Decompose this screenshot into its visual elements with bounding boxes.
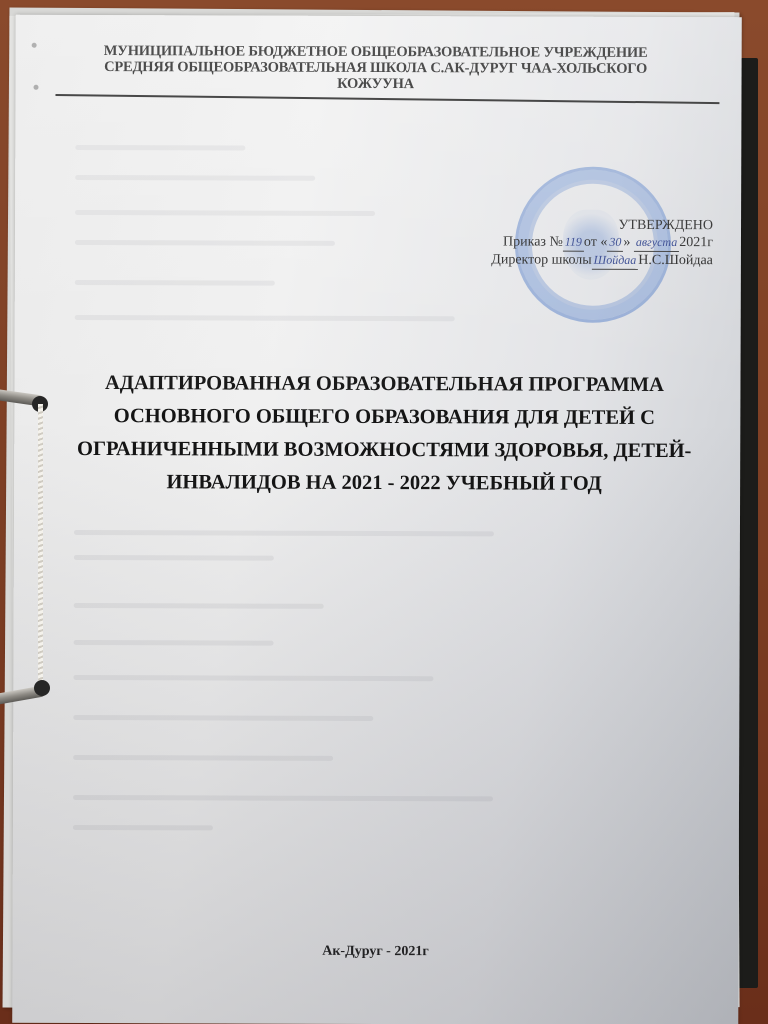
order-number: 119 [563, 234, 584, 252]
bleed-through-text [75, 210, 375, 216]
bleed-through-text [73, 825, 213, 830]
director-label: Директор школы [491, 252, 591, 267]
bleed-through-text [73, 675, 433, 681]
director-line: Директор школыШойдааН.С.Шойдаа [491, 251, 713, 270]
program-title: АДАПТИРОВАННАЯ ОБРАЗОВАТЕЛЬНАЯ ПРОГРАММА… [64, 367, 704, 501]
header-divider [55, 94, 719, 104]
bleed-through-text [74, 640, 274, 646]
document-page: МУНИЦИПАЛЬНОЕ БЮДЖЕТНОЕ ОБЩЕОБРАЗОВАТЕЛЬ… [12, 15, 742, 1024]
bleed-through-text [75, 145, 245, 151]
order-prefix: Приказ № [503, 234, 563, 249]
bleed-through-text [74, 530, 494, 536]
bleed-through-text [75, 240, 335, 246]
bleed-through-text [74, 603, 324, 609]
ring-clip-bottom [34, 680, 50, 696]
bleed-through-text [75, 315, 455, 321]
order-from: от « [584, 235, 607, 250]
bleed-through-text [75, 280, 275, 286]
title-line-3: ОГРАНИЧЕННЫМИ ВОЗМОЖНОСТЯМИ ЗДОРОВЬЯ, ДЕ… [64, 433, 704, 468]
order-day: 30 [607, 234, 623, 252]
header-line-3: КОЖУУНА [85, 75, 665, 93]
title-line-2: ОСНОВНОГО ОБЩЕГО ОБРАЗОВАНИЯ ДЛЯ ДЕТЕЙ С [64, 400, 704, 435]
lighting-overlay [12, 15, 742, 1024]
bleed-through-text [73, 715, 373, 721]
place-and-year: Ак-Дуруг - 2021г [12, 943, 738, 962]
director-name: Н.С.Шойдаа [638, 253, 713, 268]
bleed-through-text [73, 755, 333, 761]
order-line: Приказ №119от «30» августа2021г [491, 233, 713, 252]
approval-block: УТВЕРЖДЕНО Приказ №119от «30» августа202… [491, 216, 713, 270]
header-line-2: СРЕДНЯЯ ОБЩЕОБРАЗОВАТЕЛЬНАЯ ШКОЛА С.АК-Д… [86, 59, 666, 77]
bleed-through-text [73, 795, 493, 801]
bleed-through-text [74, 555, 274, 561]
director-signature: Шойдаа [592, 252, 639, 270]
punch-hole [32, 43, 37, 48]
order-quote: » [623, 235, 630, 250]
bleed-through-text [75, 175, 315, 181]
punch-hole [33, 85, 38, 90]
approval-label: УТВЕРЖДЕНО [491, 216, 713, 234]
title-line-4: ИНВАЛИДОВ НА 2021 - 2022 УЧЕБНЫЙ ГОД [64, 466, 704, 501]
school-header: МУНИЦИПАЛЬНОЕ БЮДЖЕТНОЕ ОБЩЕОБРАЗОВАТЕЛЬ… [85, 43, 665, 93]
title-line-1: АДАПТИРОВАННАЯ ОБРАЗОВАТЕЛЬНАЯ ПРОГРАММА [64, 367, 704, 402]
binding-string [38, 404, 43, 686]
order-year: 2021г [679, 235, 713, 250]
order-month: августа [634, 234, 679, 252]
